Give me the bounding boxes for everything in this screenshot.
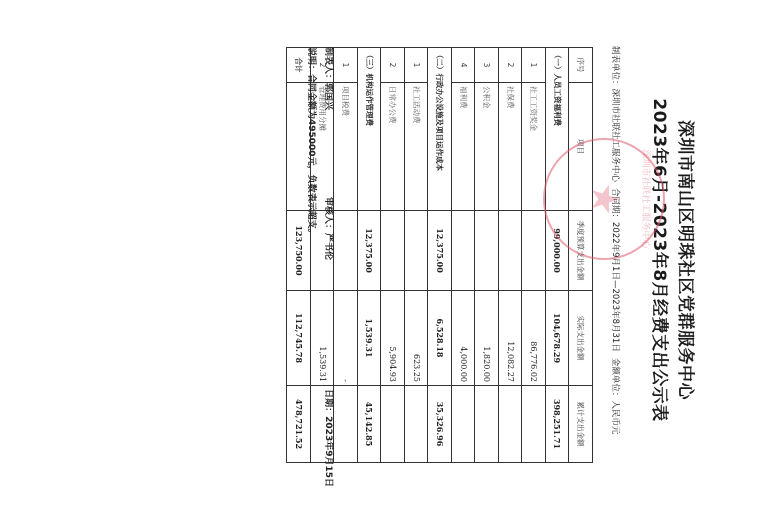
item-cell: 社工工资奖金 [522,83,546,211]
budget-cell: 12,375.00 [428,211,452,291]
cumulative-cell [381,386,405,463]
actual-cell: 104,678.29 [546,291,570,386]
item-cell: 社保费 [499,83,523,211]
seq-cell: 1 [405,48,429,83]
cumulative-cell [475,386,499,463]
table-category-row: （一）人员工资福利费99,000.00104,678.29398,251.71 [546,48,570,463]
actual-cell: 1,820.00 [475,291,499,386]
item-cell: 项目税费 [334,83,358,211]
actual-cell: 5,904.93 [381,291,405,386]
cumulative-cell [405,386,429,463]
budget-cell [499,211,523,291]
cumulative-cell: 45,142.85 [358,386,382,463]
actual-cell: 12,082.27 [499,291,523,386]
col-header-actual: 实际支出金额 [569,291,593,386]
cumulative-cell: 35,326.96 [428,386,452,463]
currency-unit: 金额单位：人民币元 [610,358,622,435]
table-row: 1社工工资奖金86,776.02 [522,48,546,463]
rotated-document-page: 深圳市南山区明珠社区党群服务中心 2023年6月-2023年8月经费支出公示表 … [280,20,720,500]
seq-cell: 1 [334,48,358,83]
item-cell: 社工活动费 [405,83,429,211]
budget-cell [405,211,429,291]
official-seal-stamp: 深圳市社联社工服务中心 ★ [543,138,665,260]
actual-cell: 623.25 [405,291,429,386]
seq-cell: 3 [475,48,499,83]
preparer: 制表人：郭国兴 [323,47,336,197]
col-header-seq: 序号 [569,48,593,83]
document-subtitle: 2023年6月-2023年8月经费支出公示表 [649,20,674,500]
budget-cell [522,211,546,291]
seq-cell: 2 [499,48,523,83]
table-row: 1社工活动费623.25 [405,48,429,463]
document-title: 深圳市南山区明珠社区党群服务中心 [675,20,700,500]
table-category-row: （三）机构运作管理费12,375.001,539.3145,142.85 [358,48,382,463]
date: 日期：2023年9月15日 [323,389,336,487]
actual-cell: - [334,291,358,386]
reviewer: 审核人：严书伦 [323,197,336,327]
table-row: 1项目税费- [334,48,358,463]
table-row: 4福利费4,000.00 [452,48,476,463]
actual-cell: 4,000.00 [452,291,476,386]
budget-cell: 12,375.00 [358,211,382,291]
budget-cell [334,211,358,291]
col-header-cumulative: 累计支出金额 [569,386,593,463]
cumulative-cell [334,386,358,463]
actual-cell: 6,528.18 [428,291,452,386]
table-row: 2日常办公费5,904.93 [381,48,405,463]
note: 说明：合同金额为495000元，负数表示超支。 [306,47,319,487]
seq-cell: 4 [452,48,476,83]
meta-line: 制表单位：深圳市社联社工服务中心 合同期：2022年9月1日—2023年8月31… [610,46,622,486]
seq-cell: 1 [522,48,546,83]
category-label: （三）机构运作管理费 [358,48,382,211]
budget-cell [452,211,476,291]
item-cell: 日常办公费 [381,83,405,211]
table-row: 2社保费12,082.27 [499,48,523,463]
table-row: 3公积金1,820.00 [475,48,499,463]
cumulative-cell: 398,251.71 [546,386,570,463]
cumulative-cell [522,386,546,463]
cumulative-cell [499,386,523,463]
star-icon: ★ [583,182,627,216]
item-cell: 公积金 [475,83,499,211]
seq-cell: 2 [381,48,405,83]
actual-cell: 1,539.31 [358,291,382,386]
seal-text: 深圳市社联社工服务中心 [640,140,653,258]
table-category-row: （二）行政办公设施及项目运作成本12,375.006,528.1835,326.… [428,48,452,463]
item-cell: 福利费 [452,83,476,211]
cumulative-cell [452,386,476,463]
signature-line: 制表人：郭国兴 审核人：严书伦 日期：2023年9月15日 [323,47,336,487]
budget-cell [381,211,405,291]
category-label: （二）行政办公设施及项目运作成本 [428,48,452,211]
budget-cell [475,211,499,291]
actual-cell: 86,776.02 [522,291,546,386]
